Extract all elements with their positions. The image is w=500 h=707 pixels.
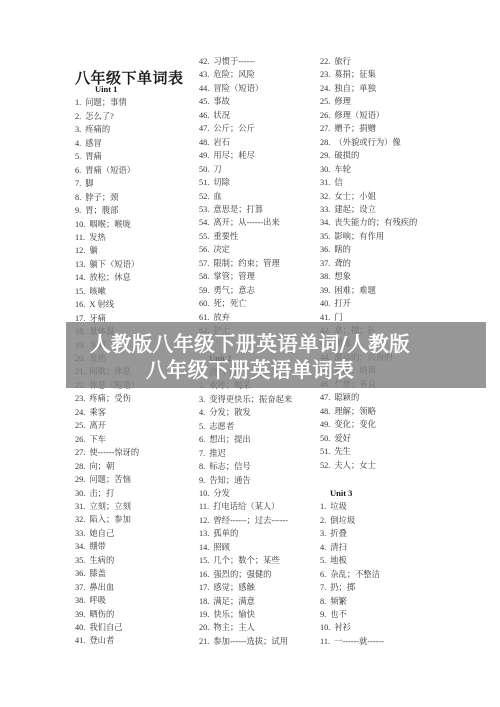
item-number: 2. <box>75 112 81 121</box>
item-number: 30. <box>75 489 85 498</box>
item-meaning: 下车 <box>89 435 106 444</box>
item-number: 16. <box>199 570 209 579</box>
item-meaning: 建起；设立 <box>334 205 376 214</box>
item-meaning: 登山者 <box>89 636 114 645</box>
item-number: 8. <box>320 597 326 606</box>
item-meaning: 志愿者 <box>209 422 234 431</box>
vocab-item: 27.使------惊讶的 <box>75 448 139 458</box>
item-number: 8. <box>75 193 81 202</box>
item-number: 3. <box>75 125 81 134</box>
item-number: 27. <box>75 448 85 457</box>
vocab-item: 49.用尽；耗尽 <box>199 151 255 161</box>
vocab-item: 46.状况 <box>199 111 230 121</box>
item-meaning: 女士；小姐 <box>334 192 376 201</box>
item-number: 48. <box>320 407 330 416</box>
item-meaning: 照顾 <box>213 543 230 552</box>
vocab-item: 44.冒险（短语） <box>199 84 263 94</box>
vocab-item: 24.乘客 <box>75 408 106 418</box>
item-number: 51. <box>199 178 209 187</box>
item-number: 57. <box>199 259 209 268</box>
vocab-item: 36.膝盖 <box>75 569 106 579</box>
item-meaning: 聋的 <box>334 259 351 268</box>
vocab-item: 11.一------就------ <box>320 637 384 647</box>
item-number: 59. <box>199 286 209 295</box>
vocab-item: 49.变化；变化 <box>320 420 376 430</box>
vocab-item: 42.习惯于------ <box>199 57 255 67</box>
vocab-item: 57.限制；约束；管理 <box>199 259 280 269</box>
vocab-item: 3.疼痛的 <box>75 125 110 135</box>
vocab-item: 23.疼痛；受伤 <box>75 394 131 404</box>
vocab-item: 17.感觉；感触 <box>199 583 255 593</box>
item-meaning: 几个；数个；某些 <box>213 556 279 565</box>
item-meaning: 掌管；管理 <box>213 272 255 281</box>
vocab-item: 12.躺 <box>75 246 98 256</box>
item-number: 58. <box>199 272 209 281</box>
item-number: 50. <box>199 165 209 174</box>
vocab-item: 18.满足；满意 <box>199 597 255 607</box>
item-number: 32. <box>320 192 330 201</box>
item-meaning: 我们自己 <box>89 623 122 632</box>
item-meaning: 刀 <box>213 165 221 174</box>
item-number: 49. <box>320 420 330 429</box>
item-number: 9. <box>199 476 205 485</box>
item-number: 43. <box>199 70 209 79</box>
item-meaning: 修理（短语） <box>334 111 384 120</box>
item-number: 28. <box>75 462 85 471</box>
vocab-item: 22.旅行 <box>320 57 351 67</box>
item-meaning: 困难；难题 <box>334 286 376 295</box>
item-number: 29. <box>320 151 330 160</box>
item-meaning: 使------惊讶的 <box>89 448 139 457</box>
vocab-item: 25.修理 <box>320 97 351 107</box>
item-meaning: 鼻出血 <box>89 583 114 592</box>
vocab-item: 30.车轮 <box>320 165 351 175</box>
vocab-item: 37.鼻出血 <box>75 583 114 593</box>
item-number: 32. <box>75 515 85 524</box>
vocab-item: 43.危险；风险 <box>199 70 255 80</box>
vocab-item: 8.脖子；颈 <box>75 193 118 203</box>
item-meaning: 胃痛 <box>85 152 102 161</box>
item-meaning: 放松；休息 <box>89 273 131 282</box>
item-meaning: 公斤；公斤 <box>213 124 255 133</box>
vocab-item: 58.掌管；管理 <box>199 272 255 282</box>
vocab-item: 16.X 射线 <box>75 300 114 310</box>
item-meaning: 打开 <box>334 299 351 308</box>
item-number: 10. <box>320 623 330 632</box>
item-meaning: 血 <box>213 192 221 201</box>
vocab-item: 59.勇气；意志 <box>199 286 255 296</box>
item-meaning: 破损的 <box>334 151 359 160</box>
vocab-item: 7.推迟 <box>199 449 226 459</box>
item-meaning: 告知；通告 <box>209 476 251 485</box>
vocab-item: 35.生病的 <box>75 556 114 566</box>
item-number: 61. <box>199 313 209 322</box>
vocab-item: 4.分发；散发 <box>199 408 251 418</box>
vocab-item: 26.修理（短语） <box>320 111 384 121</box>
vocab-item: 15.咳嗽 <box>75 287 106 297</box>
item-meaning: 变得更快乐；振奋起来 <box>209 395 292 404</box>
item-number: 33. <box>320 205 330 214</box>
item-number: 41. <box>75 636 85 645</box>
item-number: 30. <box>320 165 330 174</box>
item-number: 24. <box>320 84 330 93</box>
item-number: 15. <box>199 556 209 565</box>
vocab-item: 15.几个；数个；某些 <box>199 556 280 566</box>
item-number: 11. <box>75 233 85 242</box>
item-number: 12. <box>75 246 85 255</box>
vocab-item: 1.垃圾 <box>320 502 347 512</box>
item-number: 25. <box>320 97 330 106</box>
item-meaning: 信 <box>334 178 342 187</box>
vocab-item: 1.问题；事情 <box>75 98 127 108</box>
item-number: 6. <box>75 166 81 175</box>
item-meaning: 事故 <box>213 97 230 106</box>
item-number: 6. <box>199 435 205 444</box>
item-number: 26. <box>320 111 330 120</box>
item-meaning: 死；死亡 <box>213 299 246 308</box>
item-number: 8. <box>199 462 205 471</box>
item-meaning: 发热 <box>89 233 106 242</box>
item-meaning: 折叠 <box>330 529 347 538</box>
item-meaning: 变化；变化 <box>334 420 376 429</box>
vocab-item: 29.破损的 <box>320 151 359 161</box>
vocab-item: 5.地板 <box>320 556 347 566</box>
vocab-item: 48.岩石 <box>199 138 230 148</box>
item-number: 7. <box>320 583 326 592</box>
vocab-item: 38.呼吸 <box>75 596 106 606</box>
item-number: 11. <box>320 637 330 646</box>
item-meaning: 强烈的；强健的 <box>213 570 271 579</box>
vocab-item: 31.立刻；立刻 <box>75 502 131 512</box>
item-number: 44. <box>199 84 209 93</box>
item-number: 48. <box>199 138 209 147</box>
vocab-item: 29.问题；苦恼 <box>75 475 131 485</box>
item-meaning: 瞎的 <box>334 245 351 254</box>
item-number: 54. <box>199 218 209 227</box>
item-number: 17. <box>199 583 209 592</box>
item-number: 5. <box>199 422 205 431</box>
item-meaning: 呼吸 <box>89 596 106 605</box>
item-meaning: 生病的 <box>89 556 114 565</box>
vocab-item: 24.独自；单独 <box>320 84 376 94</box>
item-meaning: 向；朝 <box>89 462 114 471</box>
item-number: 1. <box>75 98 81 107</box>
item-number: 52. <box>320 461 330 470</box>
vocab-item: 8.标志；信号 <box>199 462 251 472</box>
vocab-item: 34.绷带 <box>75 542 106 552</box>
item-meaning: 丧失能力的；有残疾的 <box>334 218 417 227</box>
item-meaning: 参加------选拔；试用 <box>213 637 288 646</box>
item-number: 25. <box>75 421 85 430</box>
item-number: 53. <box>199 205 209 214</box>
item-number: 42. <box>199 57 209 66</box>
vocab-item: 14.照顾 <box>199 543 230 553</box>
item-meaning: 标志；信号 <box>209 462 251 471</box>
vocab-item: 6.杂乱；不整洁 <box>320 570 380 580</box>
item-number: 15. <box>75 287 85 296</box>
vocab-item: 48.理解；领略 <box>320 407 376 417</box>
item-meaning: 放弃 <box>213 313 230 322</box>
item-meaning: 爱好 <box>334 434 351 443</box>
banner-title-line-2: 八年级下册英语单词表 <box>0 353 500 383</box>
item-meaning: 旅行 <box>334 57 351 66</box>
item-number: 56. <box>199 245 209 254</box>
item-number: 60. <box>199 299 209 308</box>
vocab-item: 9.也不 <box>320 610 347 620</box>
item-meaning: 晒伤的 <box>89 610 114 619</box>
vocab-item: 11.打电话给（某人） <box>199 502 279 512</box>
vocab-item: 5.志愿者 <box>199 422 234 432</box>
item-meaning: 打电话给（某人） <box>213 502 279 511</box>
item-meaning: 物主；主人 <box>213 623 255 632</box>
vocab-item: 7.脚 <box>75 179 94 189</box>
item-number: 33. <box>75 529 85 538</box>
item-meaning: 脖子；颈 <box>85 193 118 202</box>
item-number: 29. <box>75 475 85 484</box>
vocab-item: 11.发热 <box>75 233 106 243</box>
item-number: 36. <box>75 569 85 578</box>
vocab-item: 60.死；死亡 <box>199 299 247 309</box>
item-meaning: 地板 <box>330 556 347 565</box>
item-meaning: 频繁 <box>330 597 347 606</box>
item-number: 21. <box>199 637 209 646</box>
document-title: 八年级下单词表 <box>75 67 184 88</box>
item-number: 35. <box>75 556 85 565</box>
item-meaning: 立刻；立刻 <box>89 502 131 511</box>
item-number: 38. <box>320 272 330 281</box>
vocab-item: 4.清扫 <box>320 543 347 553</box>
vocab-item: 52.血 <box>199 192 222 202</box>
item-number: 2. <box>320 516 326 525</box>
item-number: 22. <box>320 57 330 66</box>
item-number: 12. <box>199 516 209 525</box>
item-meaning: 理解；领略 <box>334 407 376 416</box>
vocab-item: 9.告知；通告 <box>199 476 251 486</box>
item-number: 40. <box>75 623 85 632</box>
item-number: 34. <box>320 218 330 227</box>
item-meaning: 绷带 <box>89 542 106 551</box>
item-meaning: 躺下（短语） <box>89 260 139 269</box>
item-meaning: 陷入；参加 <box>89 515 131 524</box>
vocab-item: 8.频繁 <box>320 597 347 607</box>
item-number: 40. <box>320 299 330 308</box>
item-meaning: 胃痛（短语） <box>85 166 135 175</box>
vocab-item: 4.感冒 <box>75 139 102 149</box>
vocab-item: 19.快乐；愉快 <box>199 610 255 620</box>
vocab-item: 21.参加------选拔；试用 <box>199 637 288 647</box>
unit-heading: Unit 3 <box>330 488 352 498</box>
vocab-item: 32.女士；小姐 <box>320 192 376 202</box>
item-meaning: 冒险（短语） <box>213 84 263 93</box>
item-number: 5. <box>320 556 326 565</box>
item-number: 19. <box>199 610 209 619</box>
vocab-item: 3.变得更快乐；振奋起来 <box>199 395 292 405</box>
vocab-item: 16.强烈的；强健的 <box>199 570 271 580</box>
item-number: 27. <box>320 124 330 133</box>
item-number: 4. <box>320 543 326 552</box>
item-number: 16. <box>75 300 85 309</box>
vocab-item: 26.下车 <box>75 435 106 445</box>
item-number: 9. <box>75 206 81 215</box>
vocab-item: 39.晒伤的 <box>75 610 114 620</box>
item-meaning: 也不 <box>330 610 347 619</box>
item-meaning: 分发；散发 <box>209 408 251 417</box>
item-meaning: 怎么了? <box>85 112 114 121</box>
item-meaning: 扔；掷 <box>330 583 355 592</box>
item-meaning: 分发 <box>213 489 230 498</box>
item-meaning: 重要性 <box>213 232 238 241</box>
vocab-item: 50.刀 <box>199 165 222 175</box>
vocab-item: 36.瞎的 <box>320 245 351 255</box>
item-number: 51. <box>320 447 330 456</box>
item-number: 39. <box>75 610 85 619</box>
item-meaning: 车轮 <box>334 165 351 174</box>
item-number: 10. <box>75 220 85 229</box>
item-number: 23. <box>320 70 330 79</box>
item-meaning: 感觉；感触 <box>213 583 255 592</box>
item-number: 50. <box>320 434 330 443</box>
item-meaning: 勇气；意志 <box>213 286 255 295</box>
item-meaning: 乘客 <box>89 408 106 417</box>
item-meaning: 问题；苦恼 <box>89 475 131 484</box>
item-meaning: 疼痛；受伤 <box>89 394 131 403</box>
item-number: 37. <box>75 583 85 592</box>
item-meaning: 募捐；征集 <box>334 70 376 79</box>
item-number: 41. <box>320 313 330 322</box>
item-number: 36. <box>320 245 330 254</box>
item-number: 6. <box>320 570 326 579</box>
vocab-item: 23.募捐；征集 <box>320 70 376 80</box>
item-meaning: X 射线 <box>89 300 114 309</box>
item-meaning: 离开 <box>89 421 106 430</box>
vocab-item: 2.倒垃圾 <box>320 516 355 526</box>
item-meaning: 先生 <box>334 447 351 456</box>
vocab-item: 20.物主；主人 <box>199 623 255 633</box>
vocab-item: 50.爱好 <box>320 434 351 444</box>
item-number: 47. <box>320 393 330 402</box>
item-meaning: 倒垃圾 <box>330 516 355 525</box>
vocab-item: 40.打开 <box>320 299 351 309</box>
item-number: 39. <box>320 286 330 295</box>
item-meaning: 躺 <box>89 246 97 255</box>
item-meaning: 击；打 <box>89 489 114 498</box>
vocab-item: 52.夫人；女士 <box>320 461 376 471</box>
vocab-item: 10.分发 <box>199 489 230 499</box>
item-number: 31. <box>75 502 85 511</box>
item-meaning: 疼痛的 <box>85 125 110 134</box>
item-number: 3. <box>199 395 205 404</box>
item-meaning: 咳嗽 <box>89 287 106 296</box>
item-number: 11. <box>199 502 209 511</box>
item-meaning: 聪颖的 <box>334 393 359 402</box>
vocab-item: 25.离开 <box>75 421 106 431</box>
item-meaning: 脚 <box>85 179 93 188</box>
vocab-item: 33.她自己 <box>75 529 114 539</box>
item-number: 4. <box>199 408 205 417</box>
item-meaning: 清扫 <box>330 543 347 552</box>
vocab-item: 12.曾经------；过去------ <box>199 516 288 526</box>
item-number: 5. <box>75 152 81 161</box>
vocab-item: 56.决定 <box>199 245 230 255</box>
item-number: 13. <box>75 260 85 269</box>
item-meaning: 危险；风险 <box>213 70 255 79</box>
item-meaning: 垃圾 <box>330 502 347 511</box>
unit-heading: Uint 1 <box>95 84 117 94</box>
item-number: 3. <box>320 529 326 538</box>
item-number: 31. <box>320 178 330 187</box>
vocab-item: 39.困难；难题 <box>320 286 376 296</box>
item-meaning: 夫人；女士 <box>334 461 376 470</box>
item-meaning: 推迟 <box>209 449 226 458</box>
vocab-item: 13.孤单的 <box>199 529 238 539</box>
item-number: 49. <box>199 151 209 160</box>
item-number: 46. <box>199 111 209 120</box>
item-meaning: 习惯于------ <box>213 57 254 66</box>
item-meaning: 衬衫 <box>334 623 351 632</box>
item-meaning: 快乐；愉快 <box>213 610 255 619</box>
item-meaning: 胃；腹部 <box>85 206 118 215</box>
vocab-item: 38.想象 <box>320 272 351 282</box>
item-number: 13. <box>199 529 209 538</box>
item-number: 55. <box>199 232 209 241</box>
item-meaning: （外貌或行为）像 <box>334 138 400 147</box>
item-number: 23. <box>75 394 85 403</box>
item-meaning: 满足；满意 <box>213 597 255 606</box>
item-number: 20. <box>199 623 209 632</box>
item-meaning: 离开；从------出来 <box>213 218 279 227</box>
vocab-item: 6.想出；提出 <box>199 435 251 445</box>
vocab-item: 32.陷入；参加 <box>75 515 131 525</box>
item-number: 7. <box>199 449 205 458</box>
item-number: 7. <box>75 179 81 188</box>
item-meaning: 杂乱；不整洁 <box>330 570 380 579</box>
item-number: 14. <box>199 543 209 552</box>
vocab-item: 9.胃；腹部 <box>75 206 118 216</box>
vocab-item: 28.向；朝 <box>75 462 114 472</box>
item-meaning: 她自己 <box>89 529 114 538</box>
item-meaning: 孤单的 <box>213 529 238 538</box>
item-meaning: 独自；单独 <box>334 84 376 93</box>
vocab-item: 41.登山者 <box>75 636 114 646</box>
vocab-item: 5.胃痛 <box>75 152 102 162</box>
vocab-item: 51.先生 <box>320 447 351 457</box>
item-meaning: 切除 <box>213 178 230 187</box>
vocab-item: 2.怎么了? <box>75 112 114 122</box>
item-meaning: 限制；约束；管理 <box>213 259 279 268</box>
vocab-item: 30.击；打 <box>75 489 114 499</box>
item-number: 34. <box>75 542 85 551</box>
item-number: 14. <box>75 273 85 282</box>
vocab-item: 37.聋的 <box>320 259 351 269</box>
vocab-item: 51.切除 <box>199 178 230 188</box>
vocab-item: 45.事故 <box>199 97 230 107</box>
item-meaning: 修理 <box>334 97 351 106</box>
item-meaning: 咽喉；喉咙 <box>89 220 131 229</box>
item-meaning: 状况 <box>213 111 230 120</box>
vocab-item: 47.聪颖的 <box>320 393 359 403</box>
vocab-item: 54.离开；从------出来 <box>199 218 280 228</box>
item-number: 38. <box>75 596 85 605</box>
vocab-item: 31.信 <box>320 178 343 188</box>
item-meaning: 影响；有作用 <box>334 232 384 241</box>
vocab-item: 55.重要性 <box>199 232 238 242</box>
vocab-item: 34.丧失能力的；有残疾的 <box>320 218 417 228</box>
item-number: 1. <box>320 502 326 511</box>
vocab-item: 27.赠予；捐赠 <box>320 124 376 134</box>
item-meaning: 膝盖 <box>89 569 106 578</box>
vocab-item: 33.建起；设立 <box>320 205 376 215</box>
item-number: 10. <box>199 489 209 498</box>
